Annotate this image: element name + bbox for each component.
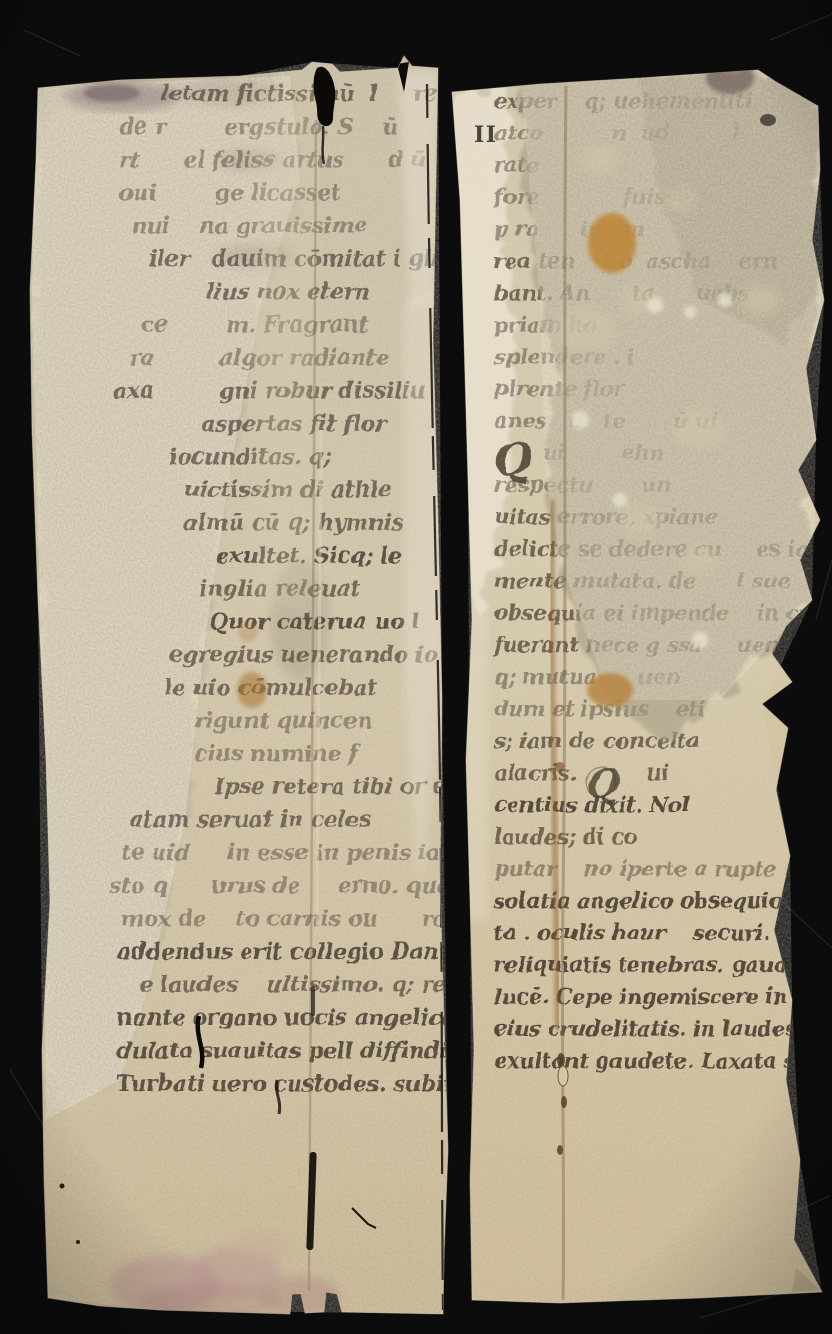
manuscript-photo: letam fictissimū l ren de r ergstulo. S … [0,0,832,1334]
vignette-overlay [0,0,832,1334]
photo-stage: letam fictissimū l ren de r ergstulo. S … [0,0,832,1334]
